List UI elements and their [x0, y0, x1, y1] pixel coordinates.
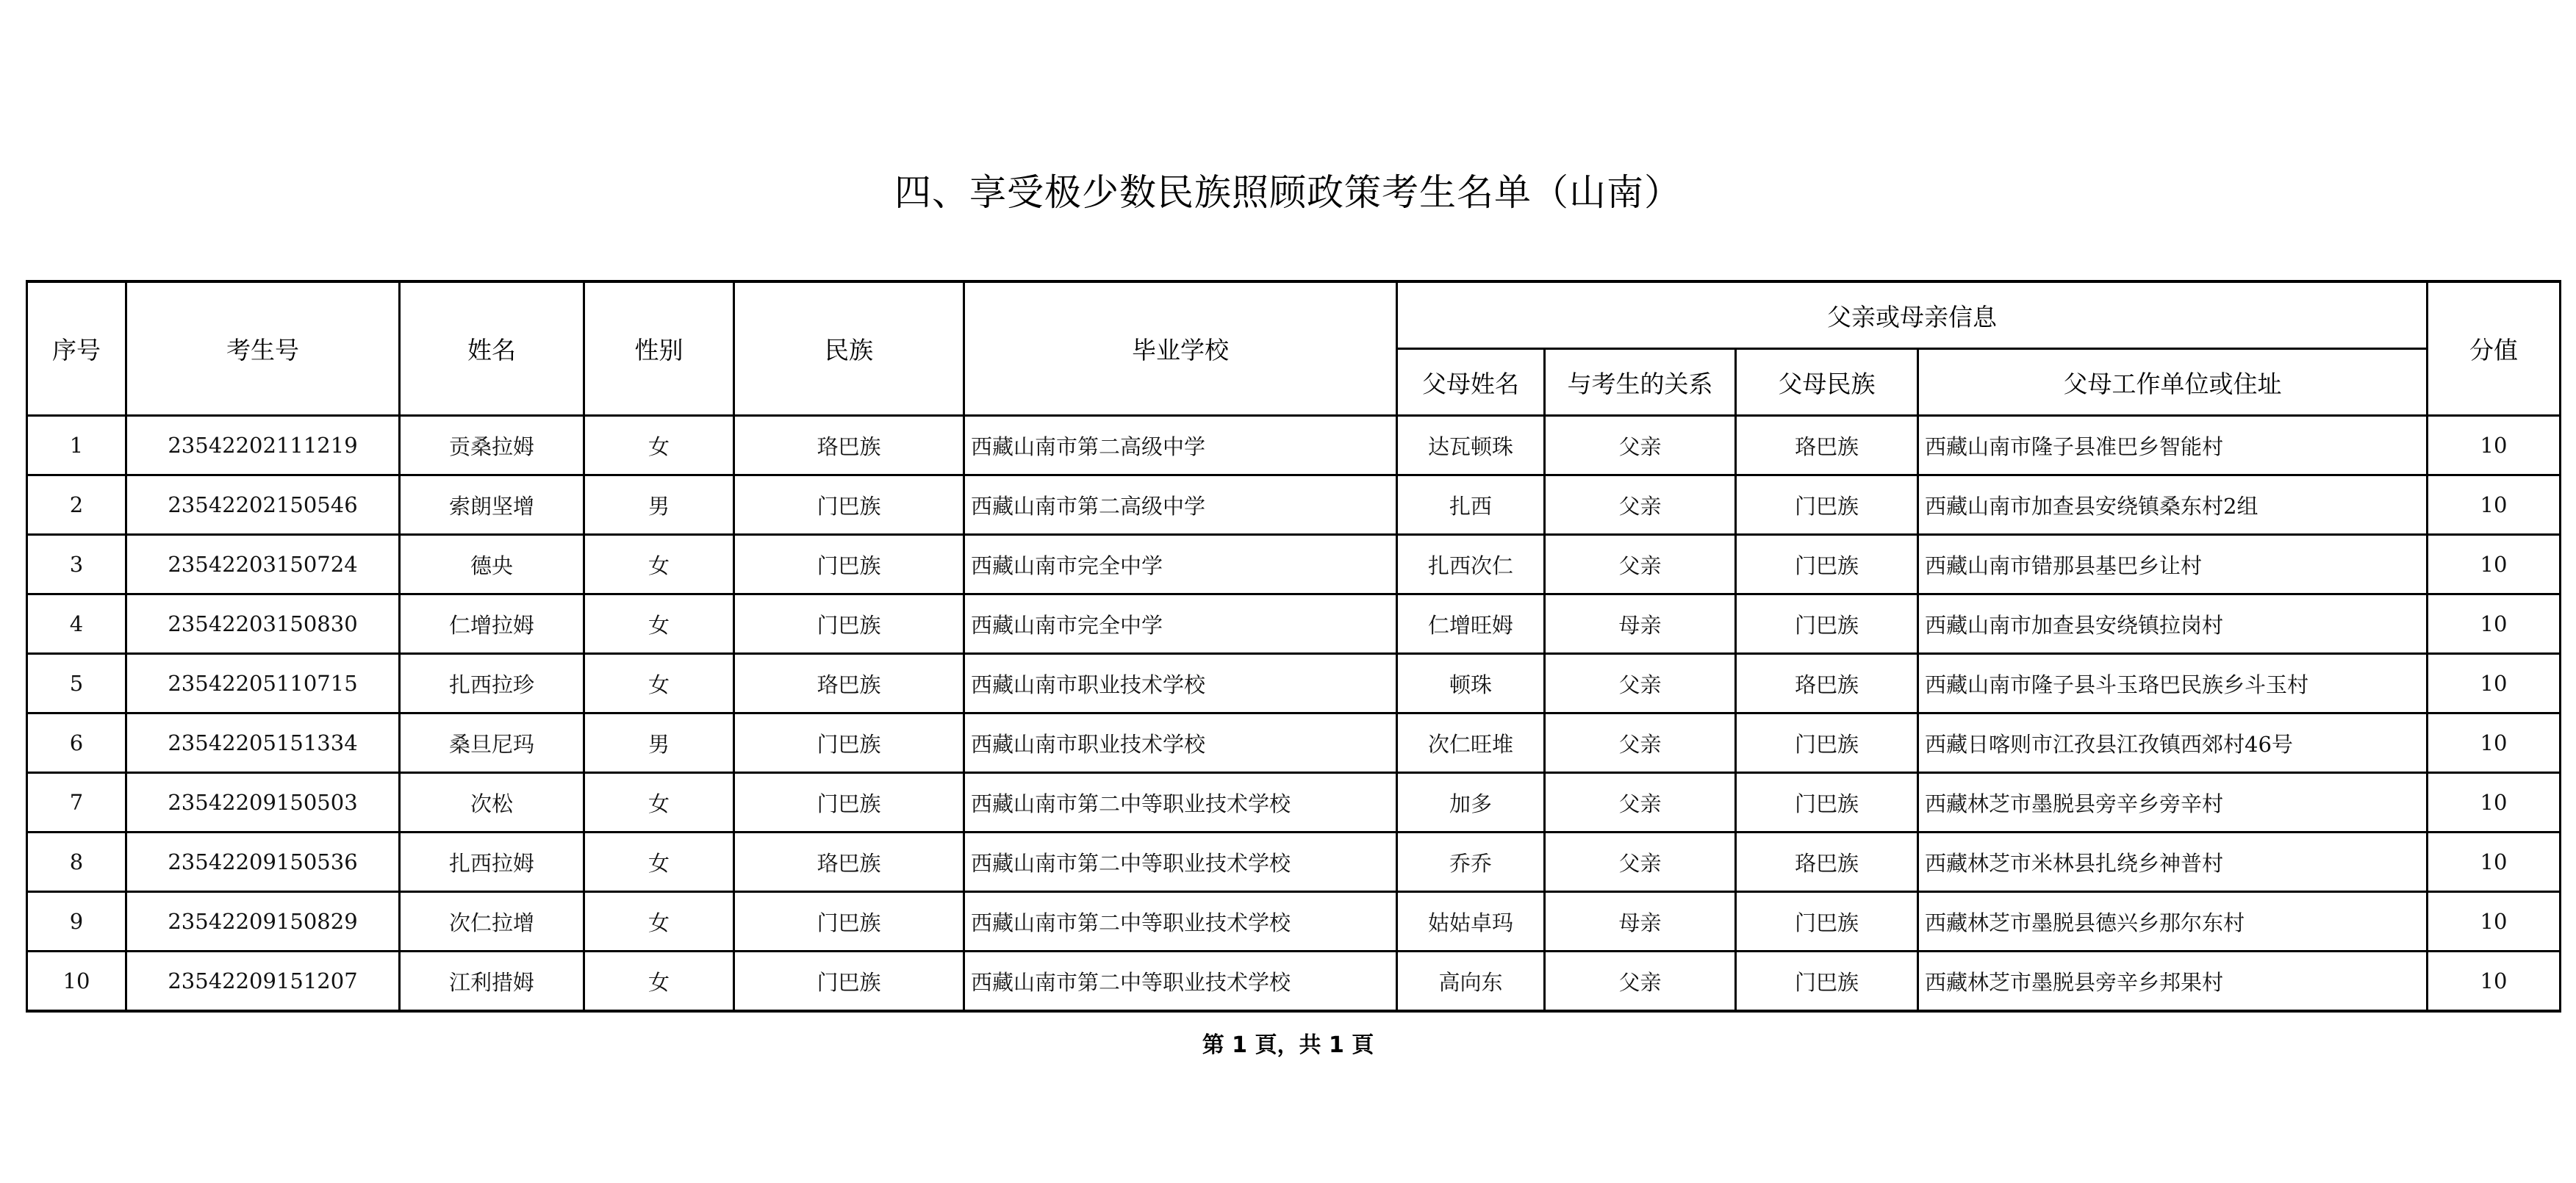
cell-exam-no: 23542202111219: [126, 416, 400, 475]
page-indicator: 第 1 頁，共 1 頁: [0, 1031, 2576, 1060]
cell-seq: 8: [27, 833, 126, 892]
cell-seq: 3: [27, 535, 126, 594]
header-relation: 与考生的关系: [1545, 349, 1736, 416]
cell-school: 西藏山南市第二中等职业技术学校: [964, 773, 1397, 833]
cell-exam-no: 23542209150536: [126, 833, 400, 892]
cell-seq: 9: [27, 892, 126, 952]
cell-school: 西藏山南市第二中等职业技术学校: [964, 833, 1397, 892]
cell-parent-name: 仁增旺姆: [1397, 594, 1545, 654]
cell-school: 西藏山南市完全中学: [964, 594, 1397, 654]
cell-parent-name: 高向东: [1397, 952, 1545, 1012]
table-row: 223542202150546索朗坚增男门巴族西藏山南市第二高级中学扎西父亲门巴…: [27, 475, 2561, 535]
table-row: 1023542209151207江利措姆女门巴族西藏山南市第二中等职业技术学校高…: [27, 952, 2561, 1012]
cell-parent-address: 西藏山南市加查县安绕镇拉岗村: [1918, 594, 2428, 654]
cell-seq: 5: [27, 654, 126, 713]
cell-gender: 女: [584, 654, 734, 713]
cell-score: 10: [2428, 892, 2561, 952]
header-exam-no: 考生号: [126, 281, 400, 416]
cell-score: 10: [2428, 594, 2561, 654]
cell-name: 次松: [400, 773, 584, 833]
header-parent-address: 父母工作单位或住址: [1918, 349, 2428, 416]
header-parent-name: 父母姓名: [1397, 349, 1545, 416]
cell-parent-ethnicity: 珞巴族: [1736, 833, 1918, 892]
cell-exam-no: 23542205151334: [126, 713, 400, 773]
cell-parent-address: 西藏山南市隆子县准巴乡智能村: [1918, 416, 2428, 475]
cell-exam-no: 23542205110715: [126, 654, 400, 713]
cell-gender: 女: [584, 416, 734, 475]
cell-parent-address: 西藏山南市隆子县斗玉珞巴民族乡斗玉村: [1918, 654, 2428, 713]
cell-score: 10: [2428, 535, 2561, 594]
cell-gender: 女: [584, 952, 734, 1012]
cell-parent-name: 次仁旺堆: [1397, 713, 1545, 773]
cell-parent-name: 乔乔: [1397, 833, 1545, 892]
cell-parent-address: 西藏林芝市墨脱县旁辛乡旁辛村: [1918, 773, 2428, 833]
cell-ethnicity: 门巴族: [734, 475, 964, 535]
cell-school: 西藏山南市第二高级中学: [964, 475, 1397, 535]
table-row: 423542203150830仁增拉姆女门巴族西藏山南市完全中学仁增旺姆母亲门巴…: [27, 594, 2561, 654]
cell-score: 10: [2428, 833, 2561, 892]
cell-name: 索朗坚增: [400, 475, 584, 535]
cell-seq: 7: [27, 773, 126, 833]
cell-name: 江利措姆: [400, 952, 584, 1012]
cell-gender: 男: [584, 475, 734, 535]
cell-exam-no: 23542209151207: [126, 952, 400, 1012]
table-row: 823542209150536扎西拉姆女珞巴族西藏山南市第二中等职业技术学校乔乔…: [27, 833, 2561, 892]
candidate-table: 序号 考生号 姓名 性别 民族 毕业学校 父亲或母亲信息 分值 父母姓名 与考生…: [26, 280, 2561, 1013]
cell-seq: 6: [27, 713, 126, 773]
cell-name: 次仁拉增: [400, 892, 584, 952]
cell-score: 10: [2428, 475, 2561, 535]
cell-ethnicity: 珞巴族: [734, 654, 964, 713]
cell-seq: 10: [27, 952, 126, 1012]
cell-parent-address: 西藏林芝市墨脱县德兴乡那尔东村: [1918, 892, 2428, 952]
header-parent-ethnicity: 父母民族: [1736, 349, 1918, 416]
cell-ethnicity: 门巴族: [734, 892, 964, 952]
cell-parent-ethnicity: 门巴族: [1736, 594, 1918, 654]
cell-parent-ethnicity: 珞巴族: [1736, 654, 1918, 713]
cell-parent-address: 西藏林芝市米林县扎绕乡神普村: [1918, 833, 2428, 892]
cell-school: 西藏山南市第二中等职业技术学校: [964, 892, 1397, 952]
cell-school: 西藏山南市职业技术学校: [964, 713, 1397, 773]
header-ethnicity: 民族: [734, 281, 964, 416]
table-row: 923542209150829次仁拉增女门巴族西藏山南市第二中等职业技术学校姑姑…: [27, 892, 2561, 952]
cell-school: 西藏山南市职业技术学校: [964, 654, 1397, 713]
cell-relation: 母亲: [1545, 594, 1736, 654]
cell-seq: 1: [27, 416, 126, 475]
cell-gender: 男: [584, 713, 734, 773]
cell-name: 扎西拉珍: [400, 654, 584, 713]
cell-ethnicity: 门巴族: [734, 773, 964, 833]
cell-parent-name: 扎西次仁: [1397, 535, 1545, 594]
cell-seq: 2: [27, 475, 126, 535]
table-row: 323542203150724德央女门巴族西藏山南市完全中学扎西次仁父亲门巴族西…: [27, 535, 2561, 594]
header-score: 分值: [2428, 281, 2561, 416]
cell-parent-address: 西藏林芝市墨脱县旁辛乡邦果村: [1918, 952, 2428, 1012]
header-name: 姓名: [400, 281, 584, 416]
table-row: 123542202111219贡桑拉姆女珞巴族西藏山南市第二高级中学达瓦顿珠父亲…: [27, 416, 2561, 475]
cell-parent-name: 加多: [1397, 773, 1545, 833]
cell-ethnicity: 门巴族: [734, 952, 964, 1012]
cell-relation: 父亲: [1545, 713, 1736, 773]
cell-parent-ethnicity: 门巴族: [1736, 535, 1918, 594]
cell-score: 10: [2428, 416, 2561, 475]
cell-parent-name: 姑姑卓玛: [1397, 892, 1545, 952]
table-row: 523542205110715扎西拉珍女珞巴族西藏山南市职业技术学校顿珠父亲珞巴…: [27, 654, 2561, 713]
header-seq: 序号: [27, 281, 126, 416]
cell-parent-ethnicity: 门巴族: [1736, 475, 1918, 535]
cell-relation: 父亲: [1545, 475, 1736, 535]
cell-ethnicity: 门巴族: [734, 535, 964, 594]
table-body: 123542202111219贡桑拉姆女珞巴族西藏山南市第二高级中学达瓦顿珠父亲…: [27, 416, 2561, 1012]
header-row-group: 序号 考生号 姓名 性别 民族 毕业学校 父亲或母亲信息 分值: [27, 281, 2561, 349]
table-row: 623542205151334桑旦尼玛男门巴族西藏山南市职业技术学校次仁旺堆父亲…: [27, 713, 2561, 773]
cell-parent-address: 西藏山南市错那县基巴乡让村: [1918, 535, 2428, 594]
cell-seq: 4: [27, 594, 126, 654]
cell-gender: 女: [584, 892, 734, 952]
cell-score: 10: [2428, 713, 2561, 773]
header-gender: 性别: [584, 281, 734, 416]
cell-parent-ethnicity: 门巴族: [1736, 773, 1918, 833]
cell-relation: 父亲: [1545, 654, 1736, 713]
cell-parent-name: 顿珠: [1397, 654, 1545, 713]
cell-gender: 女: [584, 773, 734, 833]
cell-school: 西藏山南市完全中学: [964, 535, 1397, 594]
cell-school: 西藏山南市第二高级中学: [964, 416, 1397, 475]
cell-gender: 女: [584, 833, 734, 892]
cell-name: 扎西拉姆: [400, 833, 584, 892]
cell-parent-ethnicity: 珞巴族: [1736, 416, 1918, 475]
page-title: 四、享受极少数民族照顾政策考生名单（山南）: [0, 170, 2576, 215]
cell-score: 10: [2428, 773, 2561, 833]
cell-ethnicity: 珞巴族: [734, 416, 964, 475]
cell-gender: 女: [584, 535, 734, 594]
cell-name: 德央: [400, 535, 584, 594]
cell-relation: 父亲: [1545, 952, 1736, 1012]
cell-relation: 母亲: [1545, 892, 1736, 952]
cell-name: 桑旦尼玛: [400, 713, 584, 773]
cell-relation: 父亲: [1545, 833, 1736, 892]
cell-ethnicity: 门巴族: [734, 713, 964, 773]
cell-name: 贡桑拉姆: [400, 416, 584, 475]
cell-exam-no: 23542202150546: [126, 475, 400, 535]
cell-exam-no: 23542203150724: [126, 535, 400, 594]
cell-parent-name: 扎西: [1397, 475, 1545, 535]
table-row: 723542209150503次松女门巴族西藏山南市第二中等职业技术学校加多父亲…: [27, 773, 2561, 833]
header-parent-group: 父亲或母亲信息: [1397, 281, 2428, 349]
cell-parent-address: 西藏山南市加查县安绕镇桑东村2组: [1918, 475, 2428, 535]
cell-score: 10: [2428, 952, 2561, 1012]
cell-ethnicity: 珞巴族: [734, 833, 964, 892]
cell-score: 10: [2428, 654, 2561, 713]
cell-relation: 父亲: [1545, 416, 1736, 475]
cell-parent-name: 达瓦顿珠: [1397, 416, 1545, 475]
cell-relation: 父亲: [1545, 535, 1736, 594]
cell-ethnicity: 门巴族: [734, 594, 964, 654]
cell-parent-ethnicity: 门巴族: [1736, 952, 1918, 1012]
cell-name: 仁增拉姆: [400, 594, 584, 654]
cell-parent-ethnicity: 门巴族: [1736, 713, 1918, 773]
cell-parent-address: 西藏日喀则市江孜县江孜镇西郊村46号: [1918, 713, 2428, 773]
cell-exam-no: 23542203150830: [126, 594, 400, 654]
cell-exam-no: 23542209150503: [126, 773, 400, 833]
cell-parent-ethnicity: 门巴族: [1736, 892, 1918, 952]
cell-relation: 父亲: [1545, 773, 1736, 833]
cell-gender: 女: [584, 594, 734, 654]
cell-school: 西藏山南市第二中等职业技术学校: [964, 952, 1397, 1012]
header-school: 毕业学校: [964, 281, 1397, 416]
cell-exam-no: 23542209150829: [126, 892, 400, 952]
table-header: 序号 考生号 姓名 性别 民族 毕业学校 父亲或母亲信息 分值 父母姓名 与考生…: [27, 281, 2561, 416]
